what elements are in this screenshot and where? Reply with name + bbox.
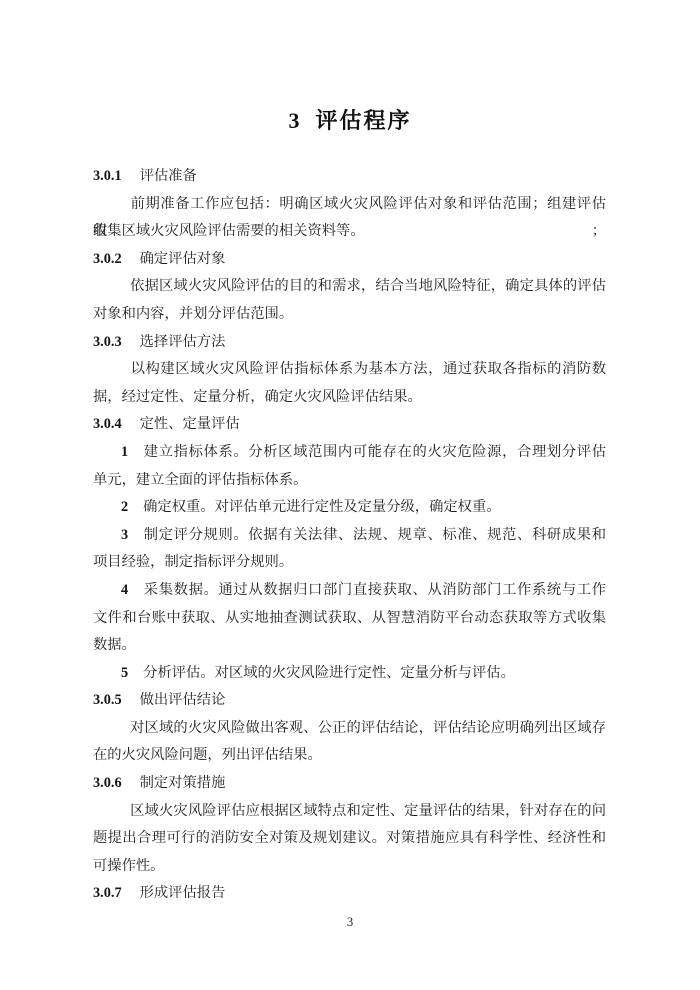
list-item-number: 1 [121,444,128,460]
paragraph-line: 可操作性。 [93,853,606,881]
clause-number: 3.0.1 [93,168,122,184]
list-item-line: 数据。 [93,632,606,660]
paragraph-line: 前期准备工作应包括：明确区域火灾风险评估对象和评估范围；组建评估组； [93,191,606,219]
clause-heading: 3.0.2确定评估对象 [93,246,606,274]
chapter-title-text: 评估程序 [315,108,411,133]
list-item-number: 5 [121,665,128,681]
paragraph-line: 区域火灾风险评估应根据区域特点和定性、定量评估的结果，针对存在的问 [93,798,606,826]
list-item-line: 单元，建立全面的评估指标体系。 [93,467,606,495]
clause-title: 制定对策措施 [140,775,226,791]
clause-heading: 3.0.4定性、定量评估 [93,411,606,439]
clause-heading: 3.0.6制定对策措施 [93,770,606,798]
paragraph-line: 以构建区域火灾风险评估指标体系为基本方法，通过获取各指标的消防数 [93,356,606,384]
paragraph-line: 在的火灾风险问题，列出评估结果。 [93,742,606,770]
paragraph-line: 题提出合理可行的消防安全对策及规划建议。对策措施应具有科学性、经济性和 [93,825,606,853]
clause-heading: 3.0.3选择评估方法 [93,329,606,357]
document-body: 3.0.1评估准备前期准备工作应包括：明确区域火灾风险评估对象和评估范围；组建评… [93,163,606,908]
list-item-line: 项目经验，制定指标评分规则。 [93,549,606,577]
clause-number: 3.0.5 [93,692,122,708]
clause-number: 3.0.4 [93,416,122,432]
clause-number: 3.0.2 [93,251,122,267]
list-item-line: 2确定权重。对评估单元进行定性及定量分级，确定权重。 [93,494,606,522]
document-page: 3评估程序 3.0.1评估准备前期准备工作应包括：明确区域火灾风险评估对象和评估… [0,0,700,990]
clause-title: 形成评估报告 [140,885,226,901]
list-item-line: 文件和台账中获取、从实地抽查测试获取、从智慧消防平台动态获取等方式收集 [93,605,606,633]
list-item-number: 2 [121,499,128,515]
list-item-number: 3 [121,527,128,543]
clause-number: 3.0.6 [93,775,122,791]
clause-title: 做出评估结论 [140,692,226,708]
clause-title: 评估准备 [140,168,197,184]
clause-title: 选择评估方法 [140,334,226,350]
paragraph-line: 据，经过定性、定量分析，确定火灾风险评估结果。 [93,384,606,412]
list-item-line: 1建立指标体系。分析区域范围内可能存在的火灾危险源，合理划分评估 [93,439,606,467]
paragraph-line: 对区域的火灾风险做出客观、公正的评估结论，评估结论应明确列出区域存 [93,715,606,743]
clause-number: 3.0.3 [93,334,122,350]
page-number: 3 [0,914,700,930]
chapter-title: 3评估程序 [0,107,700,135]
list-item-number: 4 [121,582,128,598]
clause-title: 定性、定量评估 [140,416,240,432]
list-item-line: 4采集数据。通过从数据归口部门直接获取、从消防部门工作系统与工作 [93,577,606,605]
clause-heading: 3.0.7形成评估报告 [93,880,606,908]
chapter-number: 3 [288,108,299,133]
paragraph-line: 对象和内容，并划分评估范围。 [93,301,606,329]
list-item-line: 5分析评估。对区域的火灾风险进行定性、定量分析与评估。 [93,660,606,688]
list-item-line: 3制定评分规则。依据有关法律、法规、规章、标准、规范、科研成果和 [93,522,606,550]
paragraph-line: 依据区域火灾风险评估的目的和需求，结合当地风险特征，确定具体的评估 [93,273,606,301]
clause-number: 3.0.7 [93,885,122,901]
clause-title: 确定评估对象 [140,251,226,267]
clause-heading: 3.0.1评估准备 [93,163,606,191]
clause-heading: 3.0.5做出评估结论 [93,687,606,715]
